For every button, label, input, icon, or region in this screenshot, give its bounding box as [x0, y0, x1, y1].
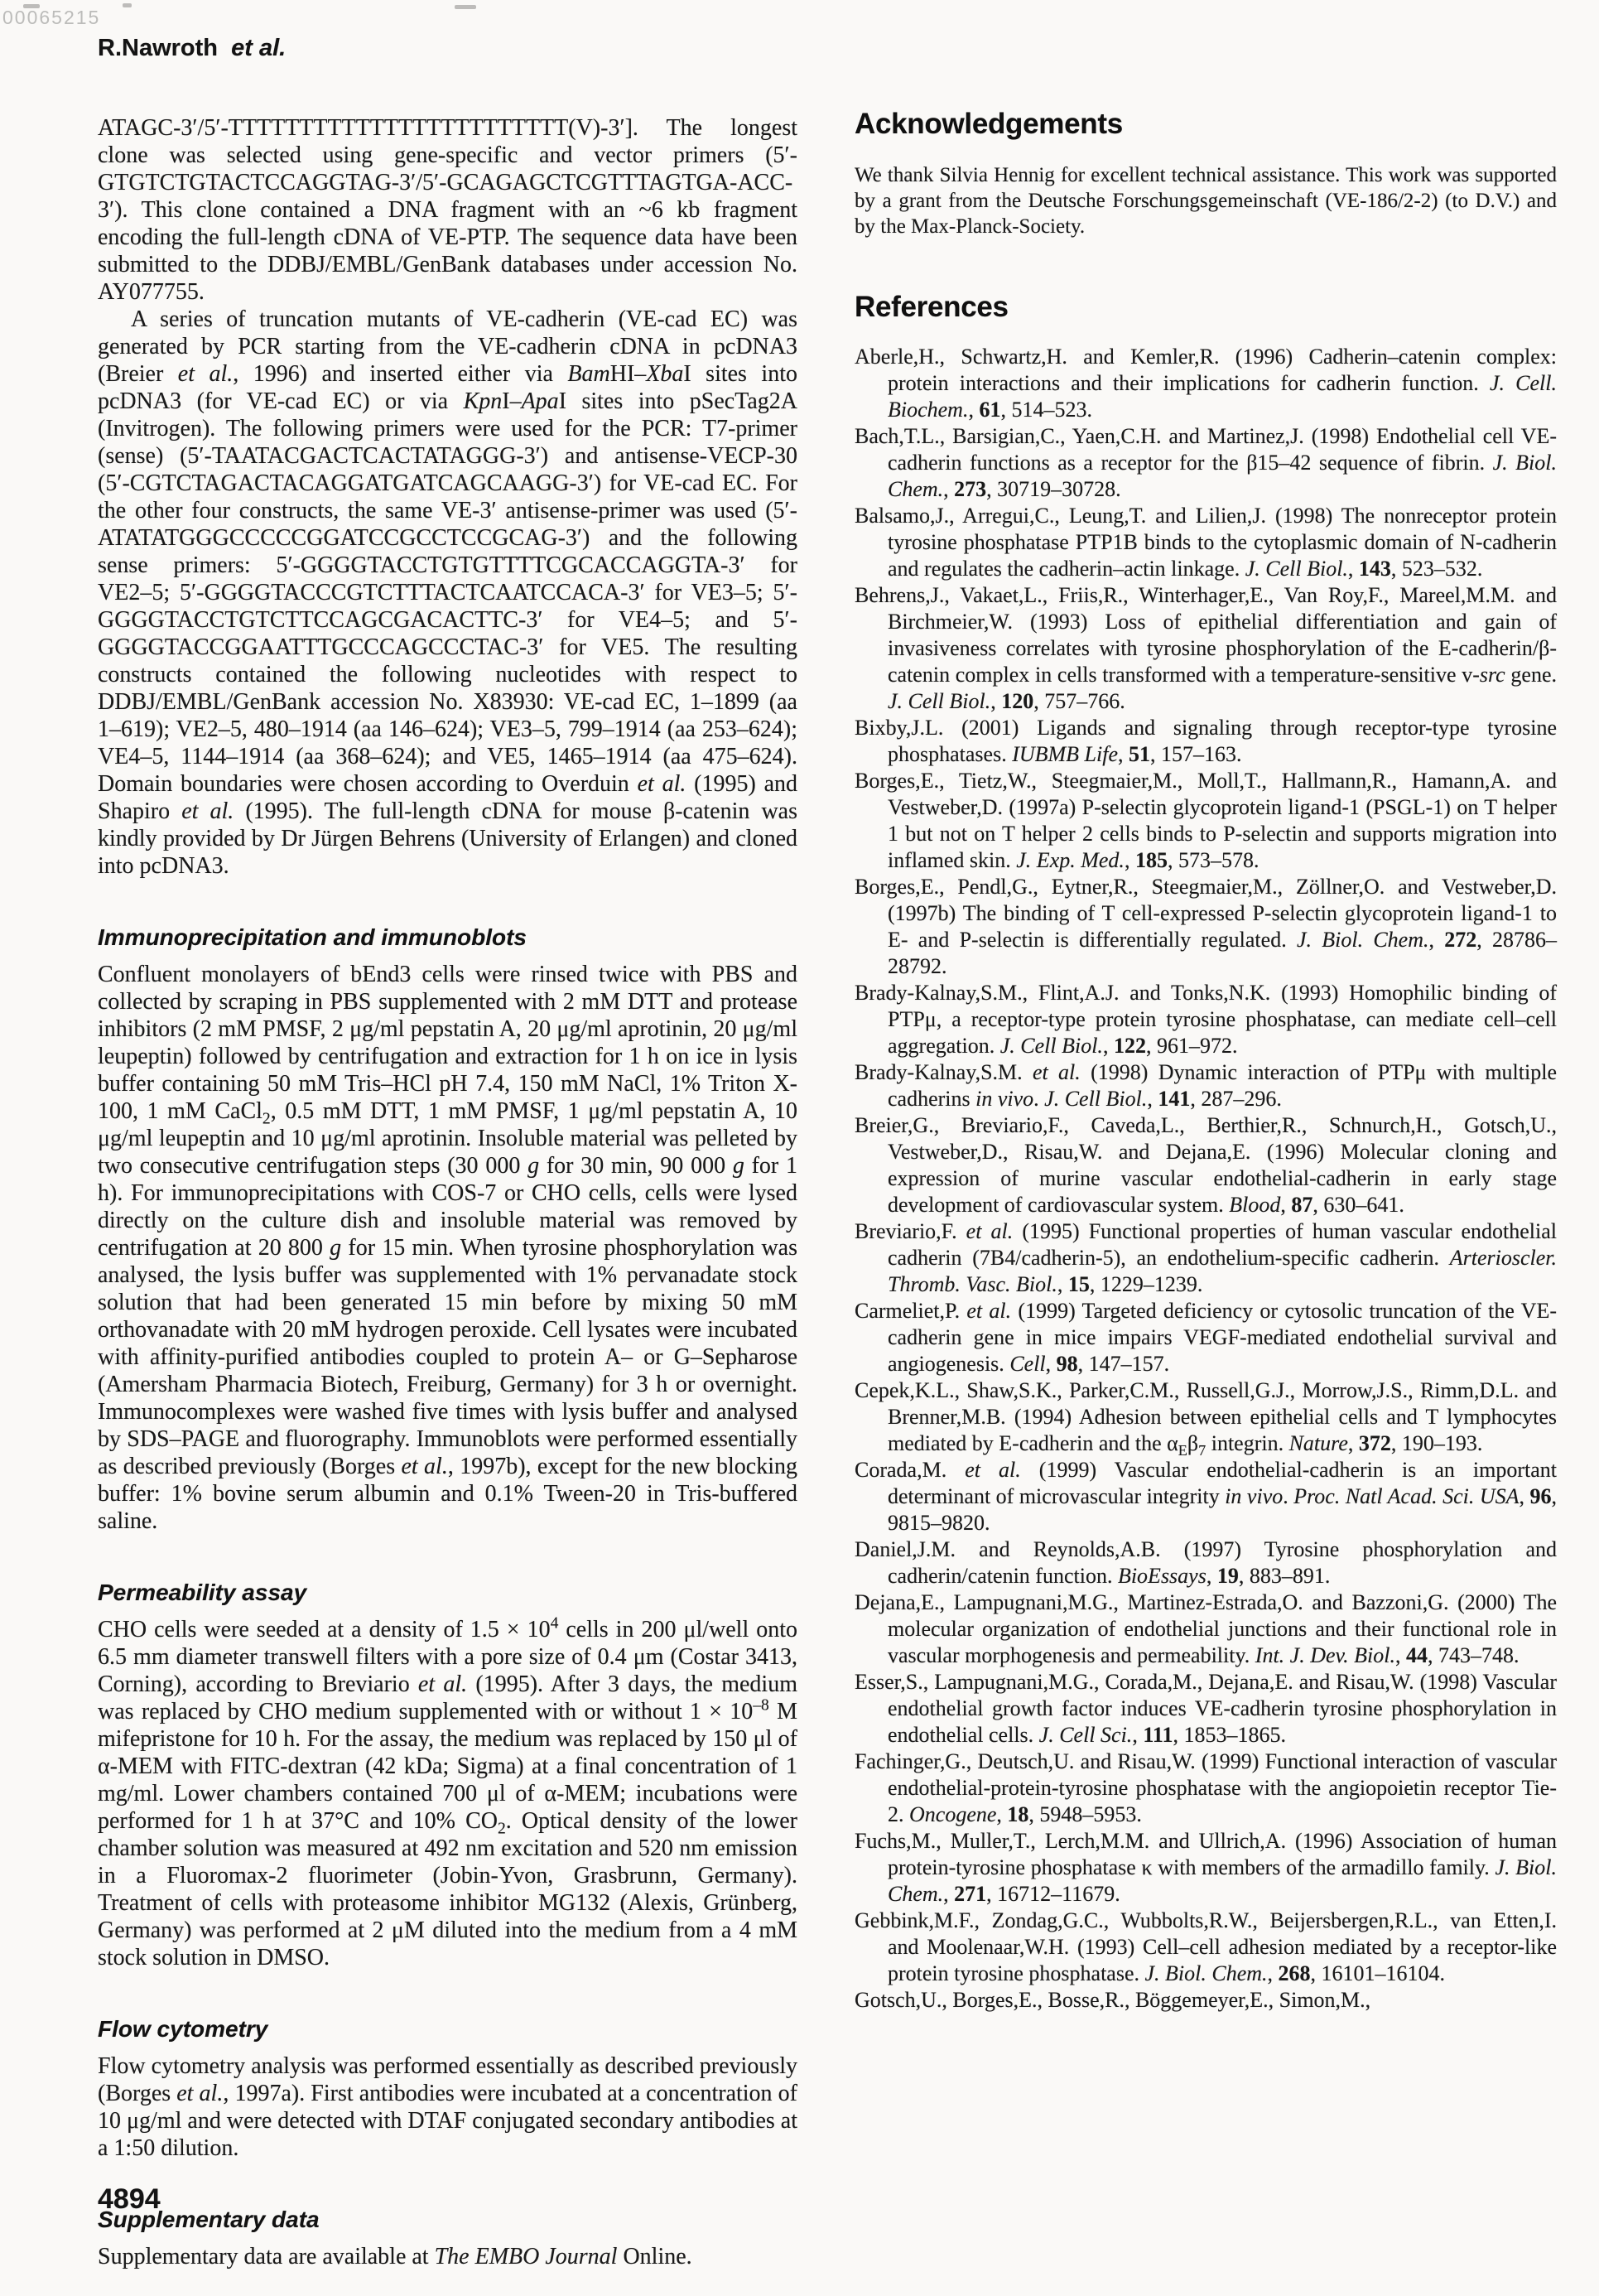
- reference-entry: Aberle,H., Schwartz,H. and Kemler,R. (19…: [855, 344, 1557, 423]
- reference-entry: Behrens,J., Vakaet,L., Friis,R., Winterh…: [855, 582, 1557, 715]
- section-heading: Flow cytometry: [98, 2016, 797, 2043]
- reference-entry: Balsamo,J., Arregui,C., Leung,T. and Lil…: [855, 503, 1557, 582]
- reference-entry: Breier,G., Breviario,F., Caveda,L., Bert…: [855, 1112, 1557, 1218]
- left-column: ATAGC-3′/5′-TTTTTTTTTTTTTTTTTTTTTTTT(V)-…: [98, 114, 797, 2270]
- running-head-etal: et al.: [224, 35, 286, 61]
- section-heading: Immunoprecipitation and immunoblots: [98, 924, 797, 951]
- method-sections: ATAGC-3′/5′-TTTTTTTTTTTTTTTTTTTTTTTT(V)-…: [98, 114, 797, 2270]
- reference-entry: Borges,E., Pendl,G., Eytner,R., Steegmai…: [855, 874, 1557, 980]
- body-paragraph: Confluent monolayers of bEnd3 cells were…: [98, 961, 797, 1535]
- body-paragraph: Flow cytometry analysis was performed es…: [98, 2052, 797, 2162]
- body-paragraph: ATAGC-3′/5′-TTTTTTTTTTTTTTTTTTTTTTTT(V)-…: [98, 114, 797, 306]
- reference-entry: Gebbink,M.F., Zondag,G.C., Wubbolts,R.W.…: [855, 1908, 1557, 1987]
- reference-entry: Bach,T.L., Barsigian,C., Yaen,C.H. and M…: [855, 423, 1557, 503]
- body-paragraph: CHO cells were seeded at a density of 1.…: [98, 1616, 797, 1971]
- reference-entry: Brady-Kalnay,S.M. et al. (1998) Dynamic …: [855, 1059, 1557, 1112]
- acknowledgements-text: We thank Silvia Hennig for excellent tec…: [855, 162, 1557, 239]
- scan-speck: [123, 3, 132, 7]
- reference-entry: Borges,E., Tietz,W., Steegmaier,M., Moll…: [855, 768, 1557, 874]
- acknowledgements-heading: Acknowledgements: [855, 108, 1557, 141]
- right-column: Acknowledgements We thank Silvia Hennig …: [855, 108, 1557, 2014]
- page-number: 4894: [98, 2183, 161, 2216]
- references-heading: References: [855, 291, 1557, 324]
- journal-page: 00065215 R.Nawroth et al. ATAGC-3′/5′-TT…: [0, 0, 1599, 2296]
- body-paragraph: Supplementary data are available at The …: [98, 2243, 797, 2270]
- reference-entry: Breviario,F. et al. (1995) Functional pr…: [855, 1218, 1557, 1298]
- scan-number: 00065215: [2, 7, 100, 29]
- reference-entry: Daniel,J.M. and Reynolds,A.B. (1997) Tyr…: [855, 1536, 1557, 1589]
- body-paragraph: A series of truncation mutants of VE-cad…: [98, 306, 797, 880]
- reference-entry: Carmeliet,P. et al. (1999) Targeted defi…: [855, 1298, 1557, 1377]
- references-list: Aberle,H., Schwartz,H. and Kemler,R. (19…: [855, 344, 1557, 2014]
- scan-speck: [455, 5, 476, 9]
- reference-entry: Dejana,E., Lampugnani,M.G., Martinez-Est…: [855, 1589, 1557, 1669]
- section-heading: Supplementary data: [98, 2207, 797, 2233]
- reference-entry: Cepek,K.L., Shaw,S.K., Parker,C.M., Russ…: [855, 1377, 1557, 1457]
- running-head-author: R.Nawroth: [98, 35, 218, 61]
- reference-entry: Brady-Kalnay,S.M., Flint,A.J. and Tonks,…: [855, 980, 1557, 1059]
- reference-entry: Bixby,J.L. (2001) Ligands and signaling …: [855, 715, 1557, 768]
- reference-entry: Fuchs,M., Muller,T., Lerch,M.M. and Ullr…: [855, 1828, 1557, 1908]
- reference-entry: Corada,M. et al. (1999) Vascular endothe…: [855, 1457, 1557, 1536]
- running-head: R.Nawroth et al.: [98, 35, 286, 62]
- reference-entry: Fachinger,G., Deutsch,U. and Risau,W. (1…: [855, 1749, 1557, 1828]
- reference-entry: Esser,S., Lampugnani,M.G., Corada,M., De…: [855, 1669, 1557, 1749]
- section-heading: Permeability assay: [98, 1580, 797, 1606]
- reference-entry: Gotsch,U., Borges,E., Bosse,R., Böggemey…: [855, 1987, 1557, 2014]
